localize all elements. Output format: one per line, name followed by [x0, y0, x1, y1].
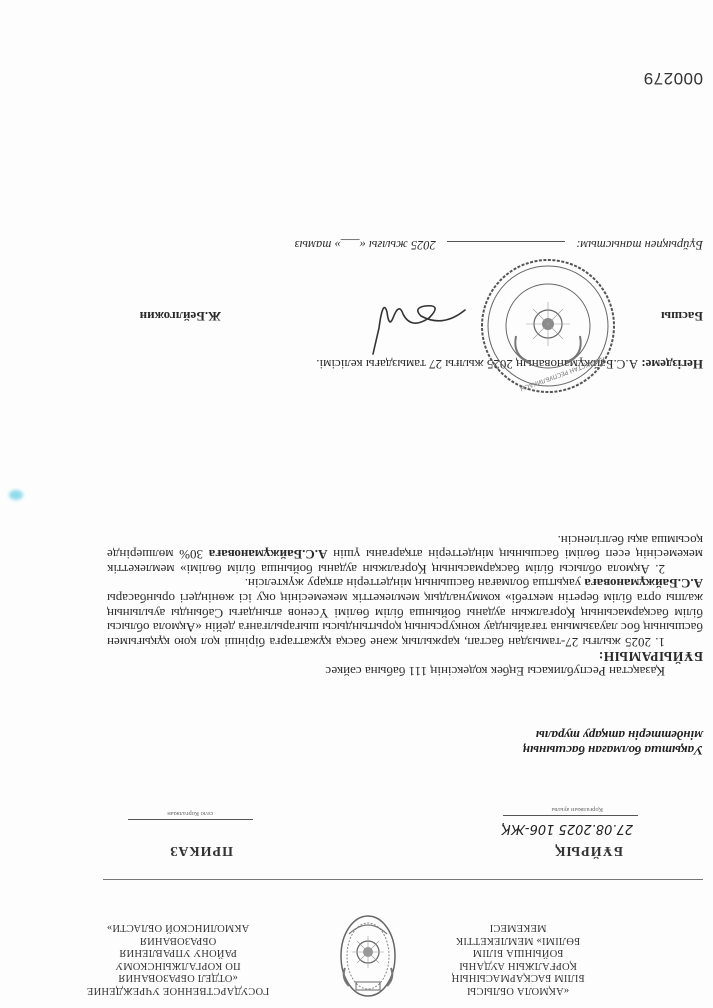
- order-subject-title: Уақытша болмаған басшының міндеттерін ат…: [383, 728, 703, 758]
- org-ru-line: «ОТДЕЛ ОБРАЗОВАНИЯ: [43, 971, 313, 984]
- city-caption-ru: село Коргалжын: [167, 810, 213, 817]
- state-emblem-icon: [339, 914, 397, 998]
- day-blank: ___: [341, 238, 360, 252]
- familiarization-label: Бұйрықпен таныстым:: [576, 238, 703, 252]
- org-kz-line: МЕКЕМЕСІ: [393, 921, 643, 934]
- date-underline: [503, 815, 638, 816]
- official-seal-icon: ҚАЗАҚСТАН РЕСПУБЛИКАСЫ: [478, 256, 618, 396]
- org-ru-line: ОБРАЗОВАНИЯ: [43, 934, 313, 947]
- order-item-1: 1. 2025 жылғы 27-тамыздан бастап, қаржыл…: [107, 576, 703, 649]
- signatory-position: Басшы: [661, 308, 703, 324]
- org-ru-line: РАЙОНУ УПРАВЛЕНИЯ: [43, 946, 313, 959]
- serial-number: 000279: [643, 68, 703, 88]
- title-line: міндеттерін атқару туралы: [383, 728, 703, 743]
- familiarization-year: 2025 жылғы «: [360, 238, 436, 252]
- org-kz-line: БОЙЫНША БІЛІМ: [393, 946, 643, 959]
- svg-text:ҚАЗАҚСТАН РЕСПУБЛИКАСЫ: ҚАЗАҚСТАН РЕСПУБЛИКАСЫ: [519, 355, 606, 392]
- org-ru-line: АКМОЛИНСКОЙ ОБЛАСТИ»: [43, 921, 313, 934]
- org-kz-line: БӨЛІМІ» МЕМЛЕКЕТТІК: [393, 934, 643, 947]
- item1-text-end: уақытша болмаған басшының міндеттерін ат…: [245, 576, 585, 591]
- city-caption-kz: Қорғалжын ауылы: [552, 806, 603, 813]
- familiarization-month: » тамыз: [295, 238, 341, 252]
- decree-word: БҰЙЫРАМЫН:: [107, 649, 703, 664]
- order-title-ru: ПРИКАЗ: [169, 842, 233, 858]
- grounds-label: Негіздеме:: [641, 357, 703, 372]
- scanned-document-page: «АҚМОЛА ОБЛЫСЫ БІЛІМ БАСҚАРМАСЫНЫҢ ҚОРҒА…: [0, 0, 713, 1008]
- ink-smudge: [9, 490, 23, 500]
- organization-name-kz: «АҚМОЛА ОБЛЫСЫ БІЛІМ БАСҚАРМАСЫНЫҢ ҚОРҒА…: [393, 921, 643, 996]
- order-title-kz: БҰЙРЫҚ: [554, 842, 623, 858]
- organization-name-ru: ГОСУДАРСТВЕННОЕ УЧРЕЖДЕНИЕ «ОТДЕЛ ОБРАЗО…: [43, 921, 313, 996]
- familiarization-line: Бұйрықпен таныстым: 2025 жылғы «___» там…: [103, 237, 703, 252]
- org-ru-line: ГОСУДАРСТВЕННОЕ УЧРЕЖДЕНИЕ: [43, 984, 313, 997]
- signatory-name: Ж.Бейлгожин: [140, 308, 221, 324]
- preamble: Қазақстан Республикасы Еңбек кодексінің …: [107, 663, 703, 678]
- order-body: Қазақстан Республикасы Еңбек кодексінің …: [107, 532, 703, 678]
- appointee-name: А.С.Байжұмановаға: [584, 576, 703, 591]
- org-kz-line: БІЛІМ БАСҚАРМАСЫНЫҢ: [393, 971, 643, 984]
- item1-text: 1. 2025 жылғы 27-тамыздан бастап, қаржыл…: [107, 591, 703, 650]
- handwritten-signature: [353, 278, 473, 358]
- order-item-2: 2. Ақмола облысы білім басқармасының Қор…: [107, 532, 703, 576]
- order-date-number: 27.08.2025 106-ЖҚ: [502, 821, 633, 836]
- city-underline: [128, 819, 253, 820]
- appointee-name: А.С.Байжұмановаға: [209, 547, 328, 562]
- org-ru-line: ПО КОРГАЛЖЫНСКОМУ: [43, 959, 313, 972]
- org-kz-line: «АҚМОЛА ОБЛЫСЫ: [393, 984, 643, 997]
- signature-blank: [447, 241, 565, 242]
- header-divider: [103, 879, 703, 880]
- title-line: Уақытша болмаған басшының: [383, 743, 703, 758]
- org-kz-line: ҚОРҒАЛЖЫН АУДАНЫ: [393, 959, 643, 972]
